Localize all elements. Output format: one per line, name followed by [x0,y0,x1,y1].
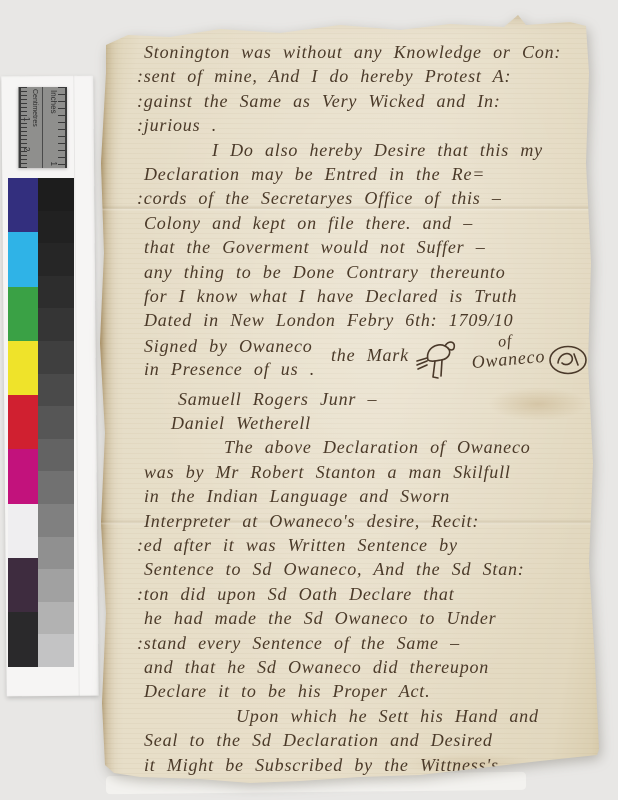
presence-line: in Presence of us . [144,358,309,381]
manuscript-line: :gainst the Same as Very Wicked and In: [137,89,594,113]
manuscript-line: any thing to be Done Contrary thereunto [144,260,594,284]
ruler-inch-number: 1 [49,162,58,166]
grayscale-step [38,211,74,244]
underline-dash [350,786,388,799]
ruler-inches-half: Inches 1 [43,87,67,168]
color-patch [8,612,38,666]
manuscript-line: he had made the Sd Owaneco to Under [144,606,594,630]
mark-label: the Mark [331,335,409,366]
manuscript-line: Stonington was without any Knowledge or … [144,40,594,64]
manuscript-line: and that he Sd Owaneco did thereupon [144,655,594,679]
mark-attribution: of Owaneco [470,332,546,372]
manuscript-date-line: Dated in New London Febry 6th: 1709/10 [144,308,594,332]
manuscript-line: :stand every Sentence of the Same – [137,631,594,655]
manuscript-line: :jurious . [137,113,594,137]
grayscale-step [38,602,74,635]
ruler-cm-ticks-icon [19,87,27,168]
manuscript-line: :sent of mine, And I do hereby Protest A… [137,64,594,88]
grayscale-step [38,537,74,570]
underline-dash [420,786,442,799]
attestation-text: Signed by Owaneco in Presence of us . [144,335,309,381]
under-label: under [470,779,516,799]
grayscale-step [38,569,74,602]
grayscale-step [38,439,74,472]
manuscript-paper: Stonington was without any Knowledge or … [100,13,606,795]
grayscale-step [38,276,74,309]
grayscale-step [38,374,74,407]
color-patch [8,449,38,503]
manuscript-line: in the Indian Language and Sworn [144,484,594,508]
footer-dashes: under [144,779,594,799]
color-patch [8,232,38,286]
manuscript-line: was by Mr Robert Stanton a man Skilfull [144,460,594,484]
color-patch-column [8,178,38,667]
signature-block: Signed by Owaneco in Presence of us . th… [144,335,594,387]
ruler-scale: Inches 1 1 2 Centimetres [18,87,67,168]
ruler-inches-label: Inches [49,90,58,114]
manuscript-line: I Do also hereby Desire that this my [212,138,594,162]
manuscript-line: :ton did upon Sd Oath Declare that [137,582,594,606]
owaneco-pictograph-mark-icon [415,337,463,383]
manuscript-line: for I know what I have Declared is Truth [144,284,594,308]
grayscale-step [38,504,74,537]
grayscale-step [38,471,74,504]
manuscript-line: :ed after it was Written Sentence by [137,533,594,557]
manuscript-line: Declare it to be his Proper Act. [144,679,594,703]
color-patch [8,287,38,341]
manuscript-line: Sentence to Sd Owaneco, And the Sd Stan: [144,557,594,581]
owaneco-name: Owaneco [471,345,546,371]
color-patch [8,558,38,612]
color-patch [8,341,38,395]
witness-name: Daniel Wetherell [171,411,594,435]
grayscale-step [38,308,74,341]
color-patch [8,178,38,232]
manuscript-line: Seal to the Sd Declaration and Desired [144,728,594,752]
grayscale-step-column [38,178,74,667]
grayscale-step [38,178,74,211]
grayscale-step [38,243,74,276]
manuscript-line: Declaration may be Entred in the Re= [144,162,594,186]
manuscript-paper-wrap: Stonington was without any Knowledge or … [100,13,606,795]
color-patch [8,395,38,449]
calibration-ruler: Inches 1 1 2 Centimetres [18,87,67,168]
underline-dash [262,786,298,799]
signed-by-line: Signed by Owaneco [144,335,309,358]
photo-canvas: { "photo": { "background_color": "#e8e7e… [0,0,618,800]
manuscript-line: Upon which he Sett his Hand and [236,704,594,728]
ruler-inch-ticks-icon [58,87,67,168]
grayscale-step [38,634,74,667]
ruler-centimetres-half: 1 2 Centimetres [19,87,43,168]
manuscript-line: Interpreter at Owaneco's desire, Recit: [144,509,594,533]
witness-name: Samuell Rogers Junr – [178,387,594,411]
manuscript-line: The above Declaration of Owaneco [224,435,594,459]
color-patch [8,504,38,558]
manuscript-line: that the Goverment would not Suffer – [144,235,594,259]
grayscale-step [38,341,74,374]
ink-seal-scribble-icon [546,343,590,379]
grayscale-step [38,406,74,439]
manuscript-line: it Might be Subscribed by the Wittness's [144,753,594,777]
manuscript-text: Stonington was without any Knowledge or … [144,40,594,799]
manuscript-line: :cords of the Secretaryes Office of this… [137,186,594,210]
ruler-centimetres-label: Centimetres [31,89,38,127]
manuscript-line: Colony and kept on file there. and – [144,211,594,235]
